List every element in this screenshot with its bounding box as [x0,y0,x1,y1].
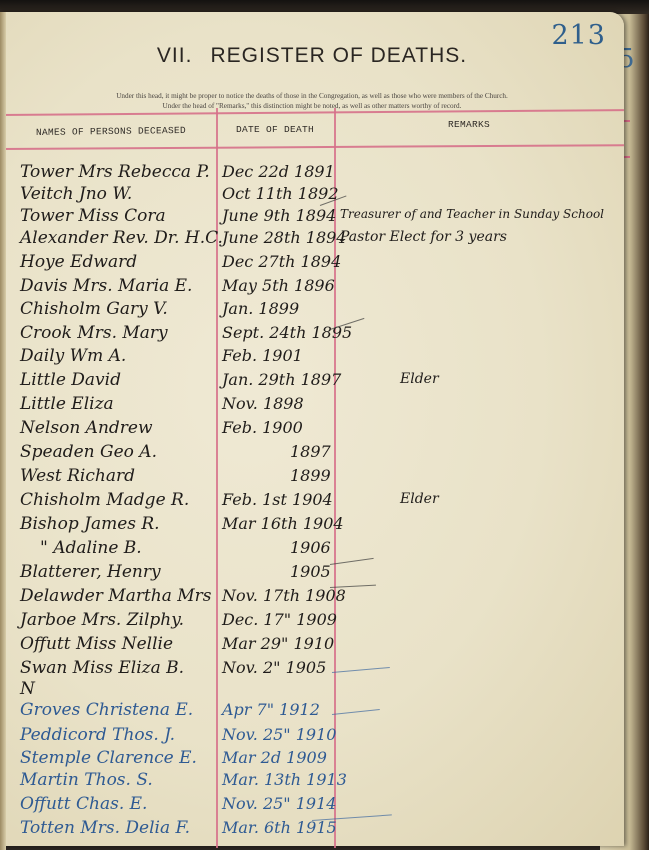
table-row: Chisholm Gary V. Jan. 1899 [0,299,624,322]
remarks: Elder [400,491,439,507]
table-row: Speaden Geo A. 1897 [0,442,624,465]
date-of-death: Feb. 1900 [222,418,303,437]
date-of-death: Jan. 29th 1897 [222,370,341,389]
deceased-name: Nelson Andrew [20,418,153,438]
table-row: Offutt Chas. E. Nov. 25" 1914 [0,794,624,817]
register-page: 213 VII.REGISTER OF DEATHS. Under this h… [0,12,624,846]
table-row: Veitch Jno W. Oct 11th 1892 [0,184,624,207]
date-of-death: Dec 27th 1894 [222,252,341,271]
column-header-date: DATE OF DEATH [236,124,314,135]
deceased-name: Offutt Chas. E. [20,794,147,814]
table-row: Blatterer, Henry 1905 [0,562,624,585]
date-of-death: Feb. 1st 1904 [222,490,333,509]
date-of-death: Nov. 17th 1908 [222,586,346,605]
deceased-name: Offutt Miss Nellie [20,634,173,654]
date-of-death: Nov. 2" 1905 [222,658,326,677]
table-row: " Adaline B. 1906 [0,538,624,561]
table-row: Groves Christena E. Apr 7" 1912 [0,700,624,723]
date-of-death: June 28th 1894 [222,228,346,247]
header-bottom-rule [0,144,624,150]
table-row: Martin Thos. S. Mar. 13th 1913 [0,770,624,793]
deceased-name: Bishop James R. [20,514,160,534]
column-header-names: NAMES OF PERSONS DECEASED [36,125,186,138]
deceased-name: Delawder Martha Mrs [20,586,212,606]
date-of-death: Nov. 25" 1910 [222,725,336,744]
deceased-name: Tower Miss Cora [20,206,166,226]
deceased-name: Speaden Geo A. [20,442,157,462]
date-of-death: 1897 [290,442,331,461]
table-row: Stemple Clarence E. Mar 2d 1909 [0,748,624,771]
date-of-death: Dec. 17" 1909 [222,610,337,629]
table-row: Bishop James R. Mar 16th 1904 [0,514,624,537]
table-row: Swan Miss Eliza B. Nov. 2" 1905 [0,658,624,681]
deceased-name: Veitch Jno W. [20,184,132,204]
page-title: VII.REGISTER OF DEATHS. [0,44,624,68]
date-of-death: 1906 [290,538,331,557]
deceased-name: Alexander Rev. Dr. H.C. [20,228,223,248]
table-row: N [0,679,624,702]
remarks: Pastor Elect for 3 years [340,229,507,245]
table-row: Tower Mrs Rebecca P. Dec 22d 1891 [0,162,624,185]
deceased-name: Blatterer, Henry [20,562,161,582]
date-of-death: Dec 22d 1891 [222,162,335,181]
date-of-death: Mar. 6th 1915 [222,818,337,837]
deceased-name: Little Eliza [20,394,114,414]
column-header-remarks: REMARKS [448,119,490,130]
deceased-name: Groves Christena E. [20,700,193,720]
section-title: REGISTER OF DEATHS. [210,44,467,67]
date-of-death: Nov. 25" 1914 [222,794,336,813]
deceased-name: Little David [20,370,121,390]
table-row: Peddicord Thos. J. Nov. 25" 1910 [0,725,624,748]
table-row: Alexander Rev. Dr. H.C. June 28th 1894 P… [0,228,624,251]
deceased-name: Stemple Clarence E. [20,748,197,768]
deceased-name: Tower Mrs Rebecca P. [20,162,210,182]
date-of-death: Nov. 1898 [222,394,304,413]
table-row: Davis Mrs. Maria E. May 5th 1896 [0,276,624,299]
date-of-death: June 9th 1894 [222,206,336,225]
table-row: Hoye Edward Dec 27th 1894 [0,252,624,275]
remarks: Treasurer of and Teacher in Sunday Schoo… [340,207,604,221]
table-row: Offutt Miss Nellie Mar 29" 1910 [0,634,624,657]
date-of-death: Mar. 13th 1913 [222,770,347,789]
date-of-death: Jan. 1899 [222,299,299,318]
deceased-name: Jarboe Mrs. Zilphy. [20,610,184,630]
section-numeral: VII. [157,44,193,67]
deceased-name: Peddicord Thos. J. [20,725,175,745]
date-of-death: Mar 2d 1909 [222,748,327,767]
instructions: Under this head, it might be proper to n… [0,91,624,111]
date-of-death: Apr 7" 1912 [222,700,320,719]
date-of-death: Feb. 1901 [222,346,303,365]
deceased-name: West Richard [20,466,135,486]
table-row: Daily Wm A. Feb. 1901 [0,346,624,369]
date-of-death: Mar 29" 1910 [222,634,334,653]
table-row: Delawder Martha Mrs Nov. 17th 1908 [0,586,624,609]
deceased-name: Hoye Edward [20,252,137,272]
date-of-death: 1899 [290,466,331,485]
date-of-death: Oct 11th 1892 [222,184,339,203]
deceased-name: Martin Thos. S. [20,770,153,790]
deceased-name: Chisholm Gary V. [20,299,168,319]
page-left-edge [0,12,6,850]
date-of-death: May 5th 1896 [222,276,335,295]
table-row: Crook Mrs. Mary Sept. 24th 1895 [0,323,624,346]
table-row: Totten Mrs. Delia F. Mar. 6th 1915 [0,818,624,841]
table-row: West Richard 1899 [0,466,624,489]
instructions-line-1: Under this head, it might be proper to n… [0,91,624,101]
deceased-name: N [20,679,35,699]
deceased-name: Swan Miss Eliza B. [20,658,184,678]
deceased-name: Totten Mrs. Delia F. [20,818,190,838]
remarks: Elder [400,371,439,387]
deceased-name: Crook Mrs. Mary [20,323,168,343]
deceased-name: Chisholm Madge R. [20,490,189,510]
deceased-name: Daily Wm A. [20,346,126,366]
table-row: Nelson Andrew Feb. 1900 [0,418,624,441]
deceased-name: " Adaline B. [40,538,142,558]
date-of-death: Sept. 24th 1895 [222,323,352,342]
table-row: Chisholm Madge R. Feb. 1st 1904 Elder [0,490,624,513]
table-row: Little David Jan. 29th 1897 Elder [0,370,624,393]
date-of-death: 1905 [290,562,331,581]
table-row: Little Eliza Nov. 1898 [0,394,624,417]
date-of-death: Mar 16th 1904 [222,514,344,533]
deceased-name: Davis Mrs. Maria E. [20,276,192,296]
table-row: Jarboe Mrs. Zilphy. Dec. 17" 1909 [0,610,624,633]
table-row: Tower Miss Cora June 9th 1894 Treasurer … [0,206,624,229]
